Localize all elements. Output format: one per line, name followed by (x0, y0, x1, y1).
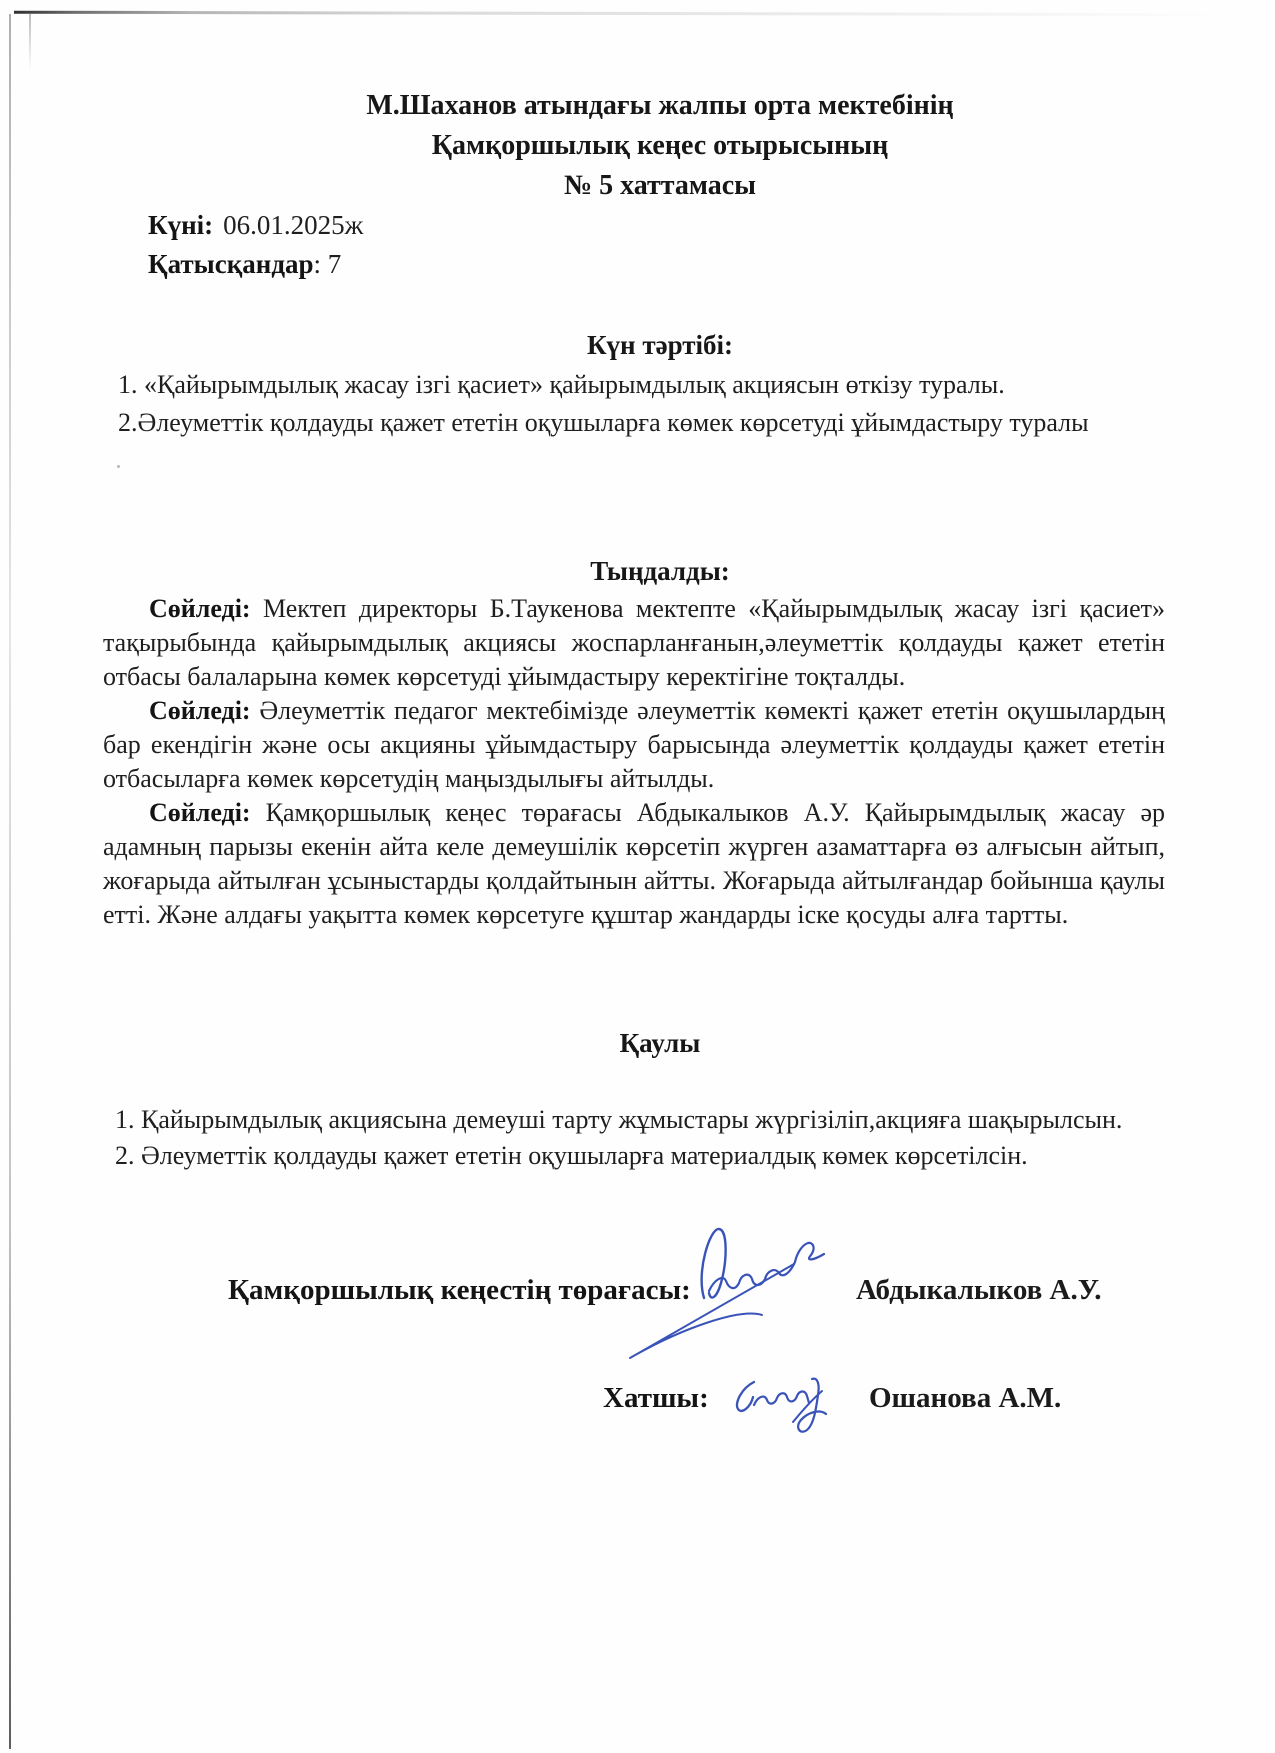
title-line-protocol-number: № 5 хаттамасы (103, 166, 1217, 206)
paragraph-text: Мектеп директоры Б.Таукенова мектепте «Қ… (103, 594, 1165, 691)
chairman-signature-ink (598, 1218, 848, 1373)
resolution-item-1: 1. Қайырымдылық акциясына демеуші тарту … (115, 1102, 1171, 1138)
heard-body: Сөйледі: Мектеп директоры Б.Таукенова ме… (103, 592, 1165, 932)
meta-date-row: Күні:06.01.2025ж (148, 206, 363, 245)
document-title: М.Шаханов атындағы жалпы орта мектебінің… (103, 86, 1217, 206)
secretary-name: Ошанова А.М. (869, 1382, 1061, 1415)
secretary-signature-label: Хатшы: (603, 1382, 709, 1415)
scan-edge-left-line (9, 14, 11, 1749)
chairman-name: Абдыкалыков А.У. (856, 1274, 1102, 1307)
scan-edge-top-line (14, 11, 1262, 17)
scan-speck (117, 465, 120, 468)
heard-heading: Тыңдалды: (103, 556, 1217, 587)
meta-attendees-row: Қатысқандар: 7 (148, 245, 363, 284)
resolution-item-2: 2. Әлеуметтік қолдауды қажет ететін оқуш… (115, 1138, 1171, 1174)
scan-edge-corner-line (29, 14, 31, 70)
date-label: Күні: (148, 210, 213, 240)
resolution-list: 1. Қайырымдылық акциясына демеуші тарту … (115, 1102, 1171, 1173)
attendees-label: Қатысқандар (148, 249, 314, 279)
title-line-council: Қамқоршылық кеңес отырысының (103, 126, 1217, 166)
agenda-list: 1. «Қайырымдылық жасау ізгі қасиет» қайы… (118, 366, 1160, 441)
speaker-lead: Сөйледі: (149, 594, 251, 623)
title-line-school: М.Шаханов атындағы жалпы орта мектебінің (103, 86, 1217, 126)
speaker-lead: Сөйледі: (149, 696, 251, 725)
paragraph-text: Қамқоршылық кеңес төрағасы Абдыкалыков А… (103, 798, 1165, 929)
secretary-signature-ink (723, 1368, 843, 1448)
agenda-item-2: 2.Әлеуметтік қолдауды қажет ететін оқушы… (118, 404, 1160, 442)
heard-paragraph-1: Сөйледі: Мектеп директоры Б.Таукенова ме… (103, 592, 1165, 694)
agenda-heading: Күн тәртібі: (103, 330, 1217, 361)
heard-paragraph-3: Сөйледі: Қамқоршылық кеңес төрағасы Абды… (103, 796, 1165, 932)
heard-paragraph-2: Сөйледі: Әлеуметтік педагог мектебімізде… (103, 694, 1165, 796)
meta-block: Күні:06.01.2025ж Қатысқандар: 7 (148, 206, 363, 284)
attendees-value: : 7 (314, 249, 342, 279)
resolution-heading: Қаулы (103, 1028, 1217, 1059)
scanned-protocol-document: М.Шаханов атындағы жалпы орта мектебінің… (0, 0, 1275, 1753)
agenda-item-1: 1. «Қайырымдылық жасау ізгі қасиет» қайы… (118, 366, 1160, 404)
paragraph-text: Әлеуметтік педагог мектебімізде әлеуметт… (103, 696, 1165, 793)
speaker-lead: Сөйледі: (149, 798, 251, 827)
date-value: 06.01.2025ж (223, 210, 363, 240)
